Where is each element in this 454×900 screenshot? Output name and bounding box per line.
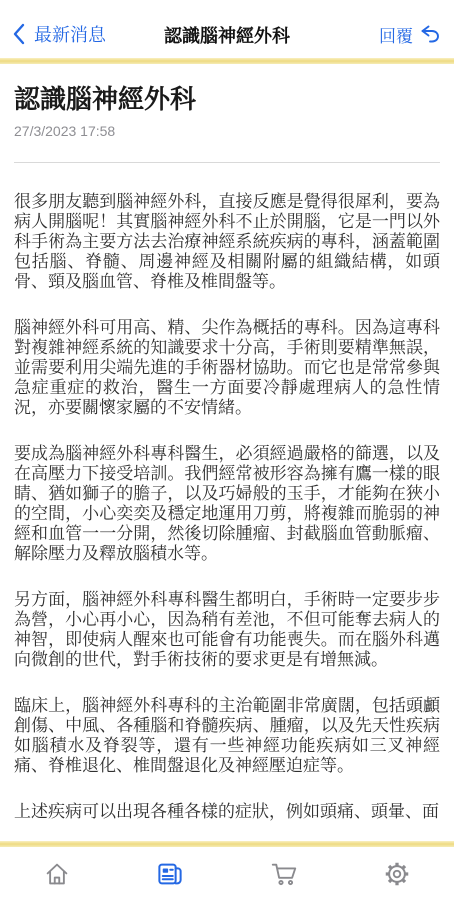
reply-button[interactable]: 回覆 bbox=[379, 22, 442, 47]
article-content[interactable]: 認識腦神經外科 27/3/2023 17:58 很多朋友聽到腦神經外科，直接反應… bbox=[0, 64, 454, 841]
article-date: 27/3/2023 17:58 bbox=[14, 122, 440, 140]
app-screen: 最新消息 認識腦神經外科 回覆 認識腦神經外科 27/3/2023 17:58 … bbox=[0, 0, 454, 900]
navigation-bar: 最新消息 認識腦神經外科 回覆 bbox=[0, 0, 454, 58]
back-button-label: 最新消息 bbox=[34, 21, 106, 47]
article-paragraph: 腦神經外科可用高、精、尖作為概括的專科。因為這專科對複雜神經系統的知識要求十分高… bbox=[14, 318, 440, 418]
article-paragraph-clipped: 上述疾病可以出現各種各樣的症狀，例如頭痛、頭暈、面 bbox=[14, 802, 440, 822]
tab-settings[interactable] bbox=[341, 859, 454, 889]
chevron-left-icon bbox=[8, 21, 30, 47]
home-icon bbox=[42, 859, 72, 889]
article-paragraph: 臨床上，腦神經外科專科的主治範圍非常廣闊，包括頭顱創傷、中風、各種腦和脊髓疾病、… bbox=[14, 696, 440, 776]
tab-cart[interactable] bbox=[227, 859, 341, 889]
article-body: 很多朋友聽到腦神經外科，直接反應是覺得很犀利，要為病人開腦呢！其實腦神經外科不止… bbox=[14, 192, 440, 822]
divider bbox=[14, 162, 440, 163]
tab-bar bbox=[0, 847, 454, 900]
article-paragraph: 要成為腦神經外科專科醫生，必須經過嚴格的篩選，以及在高壓力下接受培訓。我們經常被… bbox=[14, 444, 440, 564]
tab-news[interactable] bbox=[114, 859, 228, 889]
article-paragraph: 很多朋友聽到腦神經外科，直接反應是覺得很犀利，要為病人開腦呢！其實腦神經外科不止… bbox=[14, 192, 440, 292]
article-title: 認識腦神經外科 bbox=[14, 82, 440, 116]
article-paragraph: 另方面，腦神經外科專科醫生都明白，手術時一定要步步為營，小心再小心，因為稍有差池… bbox=[14, 590, 440, 670]
reply-button-label: 回覆 bbox=[379, 22, 413, 47]
reply-arrow-icon bbox=[418, 22, 442, 46]
gear-icon bbox=[382, 859, 412, 889]
news-icon bbox=[155, 859, 185, 889]
page-title: 認識腦神經外科 bbox=[164, 22, 290, 48]
tab-home[interactable] bbox=[0, 859, 114, 889]
back-button[interactable]: 最新消息 bbox=[8, 21, 106, 47]
cart-icon bbox=[269, 859, 299, 889]
